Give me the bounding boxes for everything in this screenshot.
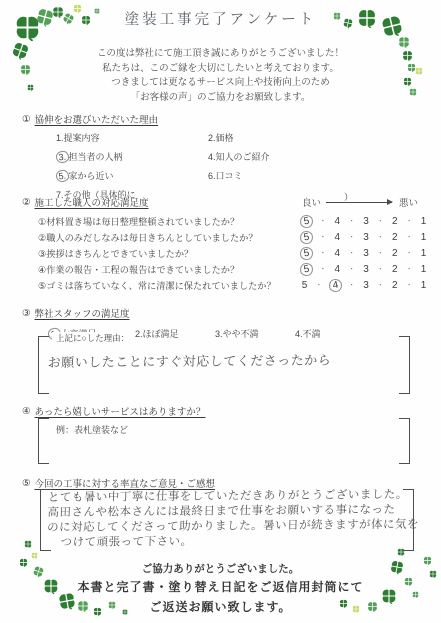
rating-separator-dot: ・ <box>348 232 355 242</box>
q1-option-5-circled: 5.家から近い <box>56 169 208 182</box>
rating-separator-dot: ・ <box>406 248 413 258</box>
section-q5-comments: ⑤ 今回の工事に対する率直なご意見・ご感想 とても暑い中丁寧に仕事をしていただき… <box>22 476 428 490</box>
rating-scale-legend: 良い 悪い <box>302 195 428 209</box>
rating-value-5: 5 <box>300 280 309 291</box>
rating-separator-dot: ・ <box>348 216 355 226</box>
rating-value-5-selected: 5 <box>299 261 314 276</box>
rating-value-1: 1 <box>419 232 428 243</box>
rating-separator-dot: ・ <box>319 248 326 258</box>
section-q4-desired-services: ④ あったら嬉しいサービスはありますか？ 例：表札塗装など <box>22 404 428 418</box>
survey-scan-page: 塗装工事完了アンケート この度は弊社にて施工頂き誠にありがとうございました！ 私… <box>0 0 441 623</box>
rating-value-4-selected: 4 <box>328 277 343 292</box>
rating-separator-dot: ・ <box>377 264 384 274</box>
rating-value-2: 2 <box>390 216 399 227</box>
footer-return-instruction-line1: 本書と完了書・塗り替え日記をご返信用封筒にて <box>0 578 441 595</box>
rating-value-4: 4 <box>333 216 342 227</box>
footer-return-instruction-line2: ご返送お願い致します。 <box>0 598 441 615</box>
q2-question-5: ⑤ゴミは落ちていなく、常に清潔に保たれていましたか？ <box>22 278 300 292</box>
rating-value-1: 1 <box>419 264 428 275</box>
scale-good-label: 良い <box>302 195 321 209</box>
good-to-bad-arrow-icon <box>326 202 392 203</box>
rating-separator-dot: ・ <box>348 248 355 258</box>
rating-value-4: 4 <box>333 264 342 275</box>
rating-value-5-selected: 5 <box>299 213 314 228</box>
q5-title: 今回の工事に対する率直なご意見・ご感想 <box>35 476 216 490</box>
q2-row-5: ⑤ゴミは落ちていなく、常に清潔に保たれていましたか？ 5・4・3・2・1 <box>22 277 428 293</box>
q1-title: 協伸をお選びいただいた理由 <box>35 112 159 126</box>
intro-line: 私たちは、このご縁を大切にしたいと考えております。 <box>0 62 441 77</box>
rating-value-3: 3 <box>362 216 371 227</box>
q2-row-4: ④作業の報告・工程の報告はできていましたか？ 5・4・3・2・1 <box>22 261 428 277</box>
q2-question-3: ③挨拶はきちんとできていましたか？ <box>22 246 300 260</box>
q3-heading: ③ 弊社スタッフの満足度 <box>22 306 428 320</box>
rating-value-2: 2 <box>390 280 399 291</box>
rating-value-5-selected: 5 <box>299 245 314 260</box>
rating-separator-dot: ・ <box>377 232 384 242</box>
rating-value-3: 3 <box>362 280 371 291</box>
q4-title: あったら嬉しいサービスはありますか？ <box>35 404 206 418</box>
footer-thanks-text: ご協力ありがとうございました。 <box>0 561 441 576</box>
rating-separator-dot: ・ <box>348 264 355 274</box>
intro-paragraph: この度は弊社にて施工頂き誠にありがとうございました！ 私たちは、このご縁を大切に… <box>0 47 441 105</box>
rating-separator-dot: ・ <box>319 216 326 226</box>
q1-option-2: 2.価格 <box>208 131 428 144</box>
q2-rating-4: 5・4・3・2・1 <box>300 263 428 276</box>
rating-value-2: 2 <box>390 248 399 259</box>
intro-line: 「お客様の声」のご協力をお願致します。 <box>0 91 441 106</box>
q4-answer-box: 例：表札塗装など <box>38 418 410 464</box>
survey-content: 塗装工事完了アンケート この度は弊社にて施工頂き誠にありがとうございました！ 私… <box>0 0 441 623</box>
q2-heading-row: ② 施工した職人の対応満足度 良い 悪い <box>22 195 428 209</box>
section-q2-worker-satisfaction: ② 施工した職人の対応満足度 良い 悪い ①材料置き場は毎日整理整頓されていまし… <box>22 195 428 293</box>
q3-reason-label: 上記に○した理由： <box>52 332 133 344</box>
q3-reason-box: 上記に○した理由： お願いしたことにすぐ対応してくださったから <box>38 336 410 394</box>
rating-value-1: 1 <box>419 248 428 259</box>
q4-heading: ④ あったら嬉しいサービスはありますか？ <box>22 404 428 418</box>
q1-option-1: 1.提案内容 <box>56 131 208 144</box>
q1-options: 1.提案内容 2.価格 3.担当者の人柄 4.知人のご紹介 5.家から近い 6.… <box>56 131 428 201</box>
q2-question-1: ①材料置き場は毎日整理整頓されていましたか？ <box>22 214 300 228</box>
intro-line: この度は弊社にて施工頂き誠にありがとうございました！ <box>0 47 441 62</box>
rating-value-5-selected: 5 <box>299 229 314 244</box>
q4-example-label: 例：表札塗装など <box>56 423 128 436</box>
rating-separator-dot: ・ <box>348 280 355 290</box>
q2-rating-2: 5・4・3・2・1 <box>300 231 428 244</box>
q2-rating-3: 5・4・3・2・1 <box>300 247 428 260</box>
q2-question-2: ②職人のみだしなみは毎日きちんとしていましたか？ <box>22 230 300 244</box>
intro-line: つきましては更なるサービス向上や技術向上のため <box>0 76 441 91</box>
q2-row-1: ①材料置き場は毎日整理整頓されていましたか？ 5・4・3・2・1 <box>22 213 428 229</box>
q2-heading: ② 施工した職人の対応満足度 <box>22 195 149 209</box>
rating-value-3: 3 <box>362 232 371 243</box>
rating-value-3: 3 <box>362 264 371 275</box>
rating-separator-dot: ・ <box>377 248 384 258</box>
rating-value-3: 3 <box>362 248 371 259</box>
q2-row-2: ②職人のみだしなみは毎日きちんとしていましたか？ 5・4・3・2・1 <box>22 229 428 245</box>
rating-separator-dot: ・ <box>406 232 413 242</box>
section-q3-staff-satisfaction: ③ 弊社スタッフの満足度 1.大変満足 2.ほぼ満足 3.やや不満 4.不満 上… <box>22 306 428 340</box>
q5-comment-box: とても暑い中丁寧に仕事をしていただきありがとうございました。 高田さんや松本さん… <box>40 489 414 551</box>
q1-option-4: 4.知人のご紹介 <box>208 150 428 163</box>
q1-heading: ① 協伸をお選びいただいた理由 <box>22 112 428 126</box>
rating-separator-dot: ・ <box>315 280 322 290</box>
rating-separator-dot: ・ <box>319 264 326 274</box>
q5-number: ⑤ <box>22 478 31 489</box>
rating-separator-dot: ・ <box>406 264 413 274</box>
rating-separator-dot: ・ <box>377 216 384 226</box>
q1-option-6: 6.口コミ <box>208 169 428 182</box>
q2-row-3: ③挨拶はきちんとできていましたか？ 5・4・3・2・1 <box>22 245 428 261</box>
section-q1-reason: ① 協伸をお選びいただいた理由 1.提案内容 2.価格 3.担当者の人柄 4.知… <box>22 112 428 201</box>
page-title: 塗装工事完了アンケート <box>0 8 441 29</box>
rating-value-2: 2 <box>390 232 399 243</box>
q2-question-4: ④作業の報告・工程の報告はできていましたか？ <box>22 262 300 276</box>
rating-value-2: 2 <box>390 264 399 275</box>
q1-number: ① <box>22 114 31 125</box>
rating-value-4: 4 <box>333 248 342 259</box>
q2-number: ② <box>22 197 31 208</box>
rating-separator-dot: ・ <box>406 280 413 290</box>
rating-separator-dot: ・ <box>319 232 326 242</box>
rating-value-4: 4 <box>333 232 342 243</box>
q3-reason-handwriting: お願いしたことにすぐ対応してくださったから <box>48 350 332 371</box>
rating-separator-dot: ・ <box>377 280 384 290</box>
q5-comment-handwriting: とても暑い中丁寧に仕事をしていただきありがとうございました。 高田さんや松本さん… <box>46 488 420 551</box>
q2-rating-1: 5・4・3・2・1 <box>300 215 428 228</box>
q2-title: 施工した職人の対応満足度 <box>35 195 149 209</box>
q2-rating-5: 5・4・3・2・1 <box>300 279 428 292</box>
q2-question-rows: ①材料置き場は毎日整理整頓されていましたか？ 5・4・3・2・1 ②職人のみだし… <box>22 213 428 293</box>
q4-number: ④ <box>22 406 31 417</box>
q5-comment-line: つけて頑張って下さい。 <box>60 533 418 551</box>
scale-bad-label: 悪い <box>399 195 428 209</box>
q1-option-3-circled: 3.担当者の人柄 <box>56 150 208 163</box>
q3-number: ③ <box>22 308 31 319</box>
rating-separator-dot: ・ <box>406 216 413 226</box>
rating-value-1: 1 <box>419 216 428 227</box>
q3-title: 弊社スタッフの満足度 <box>35 306 130 320</box>
rating-value-1: 1 <box>419 280 428 291</box>
